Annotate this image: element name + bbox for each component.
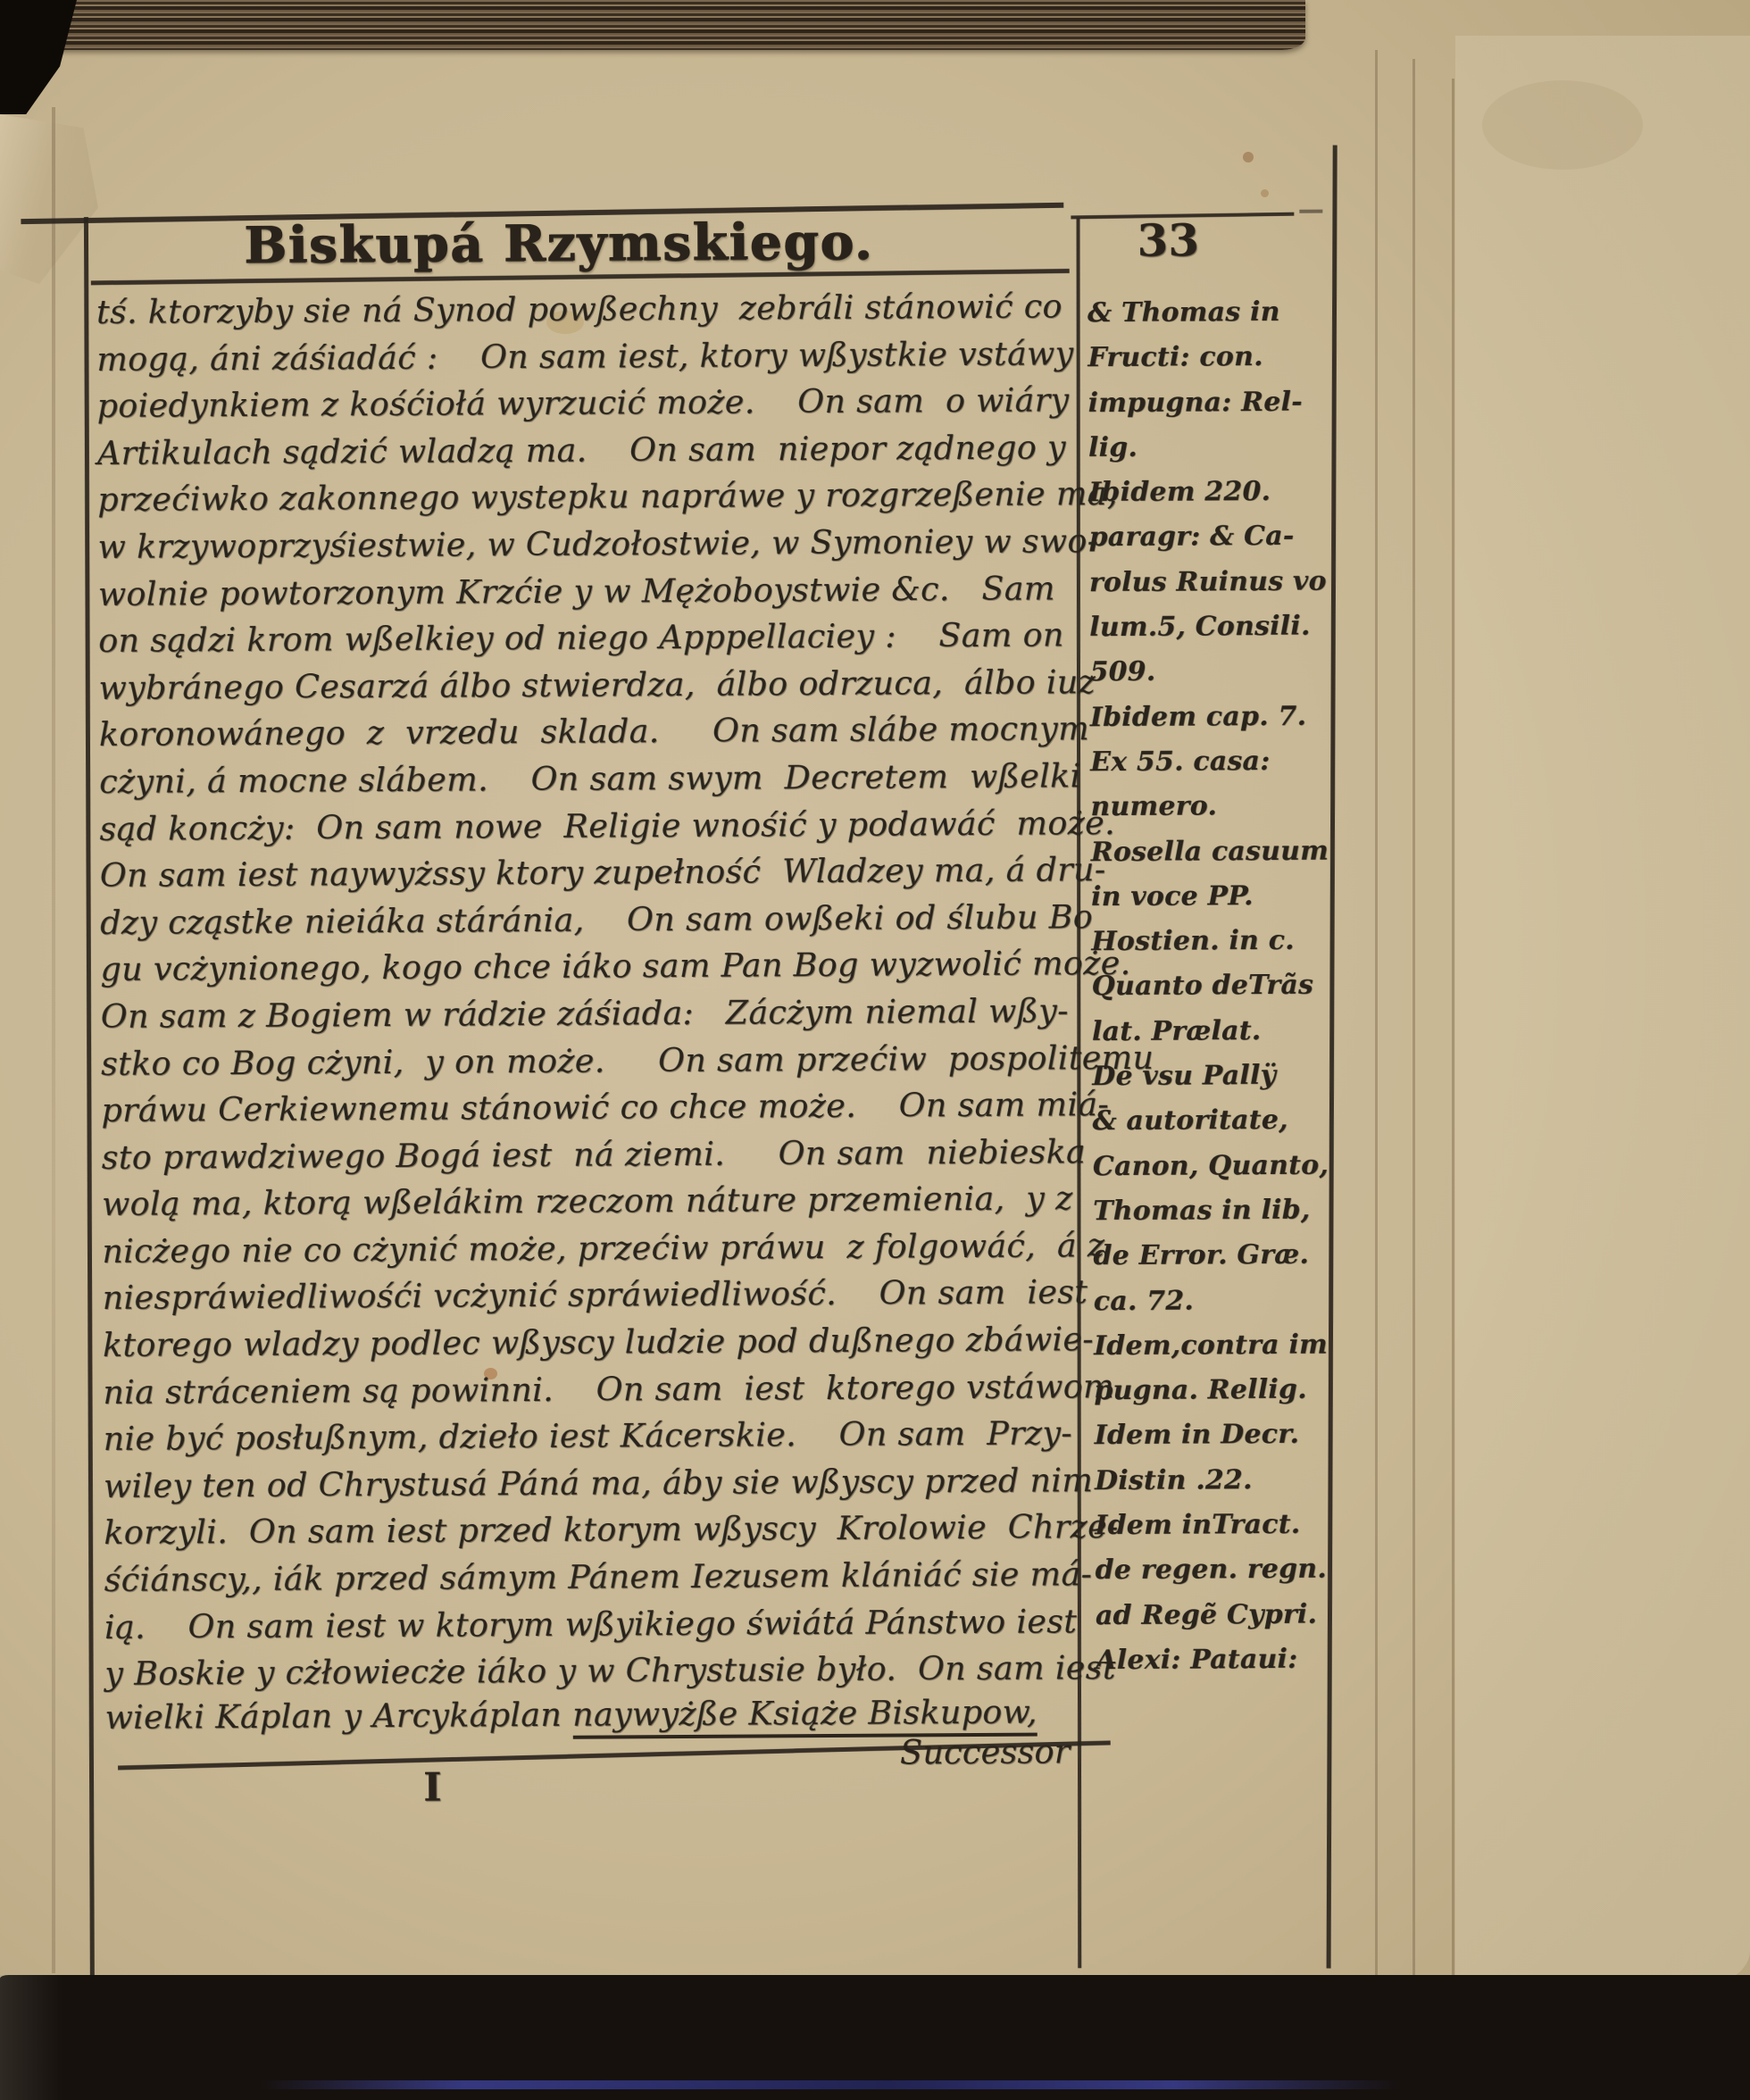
text-line: dzy cząstke nieiáka stáránia, On sam owß… xyxy=(100,894,1079,946)
margin-note-line: Idem inTract. xyxy=(1095,1503,1329,1549)
margin-note-line: in voce PP. xyxy=(1091,873,1325,920)
margin-note-line: de regen. regn. xyxy=(1095,1547,1329,1594)
margin-note-line: lat. Prælat. xyxy=(1092,1008,1326,1054)
margin-note-line: pugna. Rellig. xyxy=(1094,1368,1328,1414)
text-line: koronowánego z vrzedu sklada. On sam slá… xyxy=(99,706,1078,759)
text-line: wybránego Cesarzá álbo stwierdza, álbo o… xyxy=(98,659,1077,712)
running-title: Biskupá Rzymskiego. xyxy=(129,212,987,279)
text-line: mogą, áni záśiadáć : On sam iest, ktory … xyxy=(96,330,1075,383)
text-line: wiley ten od Chrystusá Páná ma, áby sie … xyxy=(104,1457,1082,1510)
text-line: Artikulach sądzić wladzą ma. On sam niep… xyxy=(97,424,1076,477)
text-line: práwu Cerkiewnemu stánowić co chce może.… xyxy=(101,1081,1079,1134)
text-line: wolą ma, ktorą wßelákim rzeczom náture p… xyxy=(102,1176,1080,1229)
text-line: ią. On sam iest w ktorym wßyikiego świát… xyxy=(104,1598,1083,1651)
margin-top-rule-dash xyxy=(1299,210,1322,213)
main-text-column: tś. ktorzyby sie ná Synod powßechny zebr… xyxy=(96,283,1084,1697)
margin-note-line: numero. xyxy=(1090,784,1324,830)
margin-note-line: Ibidem 220. xyxy=(1088,470,1322,516)
text-line: niespráwiedliwośći vcżynić spráwiedliwoś… xyxy=(103,1270,1081,1322)
text-line: On sam z Bogiem w rádzie záśiada: Zácżym… xyxy=(101,987,1079,1040)
page-number: 33 xyxy=(1137,213,1244,267)
margin-right-rule xyxy=(1327,146,1337,1969)
margin-note-line: de Error. Græ. xyxy=(1093,1233,1327,1279)
margin-notes-column: & Thomas inFructi: con.impugna: Rel-lig.… xyxy=(1087,290,1330,1684)
last-line-underlined: naywyżße Książe Biskupow, xyxy=(572,1693,1037,1739)
signature-mark: I xyxy=(423,1765,442,1811)
margin-note-line: lum.5, Consili. xyxy=(1089,604,1323,651)
text-line: wolnie powtorzonym Krzćie y w Mężoboystw… xyxy=(98,565,1077,618)
margin-note-line: Fructi: con. xyxy=(1087,335,1321,381)
text-line: gu vcżynionego, kogo chce iáko sam Pan B… xyxy=(100,941,1079,994)
margin-note-line: lig. xyxy=(1088,425,1322,471)
left-column-rule xyxy=(84,217,95,1979)
text-line-last: wielki Káplan y Arcykáplan naywyżße Ksią… xyxy=(105,1692,1084,1737)
margin-note-line: paragr: & Ca- xyxy=(1088,514,1322,561)
text-line: śćiánscy,, iák przed sámym Pánem Iezusem… xyxy=(104,1551,1083,1604)
margin-note-line: 509. xyxy=(1089,649,1323,696)
text-line: On sam iest naywyżssy ktory zupełność Wl… xyxy=(100,846,1079,899)
margin-note-line: Alexi: Pataui: xyxy=(1096,1637,1329,1683)
text-line: cżyni, á mocne slábem. On sam swym Decre… xyxy=(99,753,1078,805)
text-line: ktorego wladzy podlec wßyscy ludzie pod … xyxy=(103,1316,1081,1369)
margin-note-line: rolus Ruinus vo xyxy=(1089,559,1323,605)
text-line: poiedynkiem z kośćiołá wyrzucić może. On… xyxy=(97,377,1076,429)
text-line: przećiwko zakonnego wystepku napráwe y r… xyxy=(97,471,1076,524)
margin-note-line: De vsu Pallÿ xyxy=(1092,1054,1326,1100)
margin-note-line: Rosella casuum xyxy=(1091,829,1325,875)
margin-note-line: Quanto deTrãs xyxy=(1092,963,1326,1010)
margin-note-line: & autoritate, xyxy=(1092,1098,1326,1145)
margin-note-line: Thomas in lib, xyxy=(1093,1188,1327,1235)
margin-note-line: Idem,contra im xyxy=(1094,1322,1328,1369)
margin-note-line: Hostien. in c. xyxy=(1091,919,1325,965)
text-line: w krzywoprzyśiestwie, w Cudzołostwie, w … xyxy=(97,518,1076,571)
margin-note-line: & Thomas in xyxy=(1087,290,1321,337)
text-line: nia stráceniem są powinni. On sam iest k… xyxy=(103,1363,1081,1416)
text-line: korzyli. On sam iest przed ktorym wßyscy… xyxy=(104,1504,1082,1557)
margin-note-line: Ibidem cap. 7. xyxy=(1090,694,1324,740)
margin-note-line: Ex 55. casa: xyxy=(1090,739,1324,786)
margin-note-line: Canon, Quanto, xyxy=(1093,1143,1327,1189)
cover-blue-glint xyxy=(259,2080,1402,2089)
catchword: Successor xyxy=(900,1732,1071,1771)
margin-note-line: Idem in Decr. xyxy=(1095,1412,1329,1459)
text-line: sto prawdziwego Bogá iest ná ziemi. On s… xyxy=(102,1129,1080,1181)
text-line: nicżego nie co cżynić może, przećiw práw… xyxy=(102,1222,1080,1275)
text-line: on sądzi krom wßelkiey od niego Apppella… xyxy=(98,612,1077,664)
cover-highlight xyxy=(0,1975,62,2100)
text-line: tś. ktorzyby sie ná Synod powßechny zebr… xyxy=(96,283,1075,336)
text-line: sąd koncży: On sam nowe Religie wnośić y… xyxy=(99,800,1078,853)
text-line: stko co Bog cżyni, y on może. On sam prz… xyxy=(101,1035,1079,1087)
last-line-plain: wielki Káplan y Arcykáplan xyxy=(105,1696,573,1737)
text-line: nie być posłußnym, dzieło iest Kácerskie… xyxy=(104,1411,1082,1463)
printed-page: Biskupá Rzymskiego. 33 tś. ktorzyby sie … xyxy=(0,0,1750,2100)
text-line: y Boskie y cżłowiecże iáko y w Chrystusi… xyxy=(104,1645,1083,1697)
margin-note-line: impugna: Rel- xyxy=(1088,379,1322,426)
margin-note-line: ad Regẽ Cypri. xyxy=(1096,1592,1329,1638)
margin-note-line: Distin .22. xyxy=(1095,1457,1329,1504)
margin-note-line: ca. 72. xyxy=(1094,1278,1328,1324)
